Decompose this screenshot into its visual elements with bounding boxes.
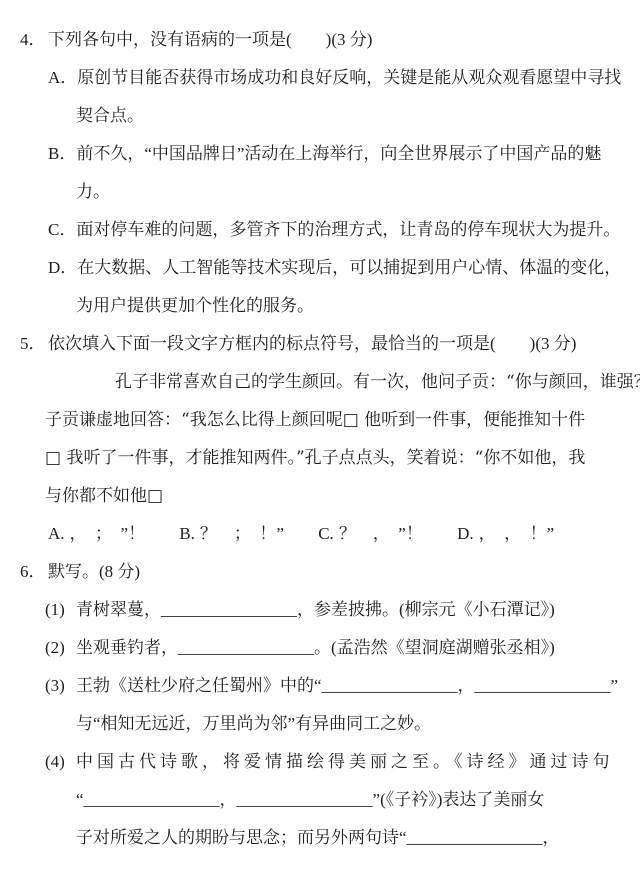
question-4-header: 4．下列各句中，没有语病的一项是( )(3 分) [0, 21, 640, 59]
q4-option-c-text: 面对停车难的问题，多管齐下的治理方式，让青岛的停车现状大为提升。 [76, 220, 620, 239]
q4-option-d-line-1: D．在大数据、人工智能等技术实现后，可以捕捉到用户心情、体温的变化， [0, 249, 640, 287]
q5-passage-line-3: □ 我听了一件事，才能推知两件。”孔子点点头，笑着说：“你不如他，我 [0, 439, 640, 477]
question-5-number: 5． [20, 325, 48, 363]
question-5-prompt: 依次填入下面一段文字方框内的标点符号，最恰当的一项是( )(3 分) [48, 334, 576, 353]
q4-option-b-line-2: 力。 [0, 173, 640, 211]
q4-option-d-label: D． [48, 249, 77, 287]
question-6-number: 6． [20, 553, 48, 591]
q5-passage-line-2: 子贡谦虚地回答：“我怎么比得上颜回呢□ 他听到一件事，便能推知十件 [0, 401, 640, 439]
q4-option-a-label: A． [48, 59, 77, 97]
q5-option-b-label: B. [179, 524, 195, 543]
question-6: 6．默写。(8 分) (1)青树翠蔓，________________，参差披拂… [0, 553, 640, 857]
q5-passage-text: 与你都不如他□ [45, 486, 163, 506]
q4-option-d-text: 在大数据、人工智能等技术实现后，可以捕捉到用户心情、体温的变化， [77, 258, 621, 277]
q6-item-4-text: 中国古代诗歌，将爱情描绘得美丽之至。《诗经》通过诗句 [76, 752, 614, 771]
q5-option-d-label: D. [457, 524, 474, 543]
q6-item-4-line-1: (4)中国古代诗歌，将爱情描绘得美丽之至。《诗经》通过诗句 [0, 743, 640, 781]
q6-item-3-text-cont: 与“相知无远近，万里尚为邻”有异曲同工之妙。 [76, 714, 431, 733]
q6-item-3-line-1: (3)王勃《送杜少府之任蜀州》中的“________________，_____… [0, 667, 640, 705]
q4-option-b-label: B． [48, 135, 76, 173]
q4-option-a-text-cont: 契合点。 [76, 106, 144, 125]
q6-item-3-text: 王勃《送杜少府之任蜀州》中的“________________，________… [76, 676, 618, 695]
q6-item-2: (2)坐观垂钓者，________________。(孟浩然《望洞庭湖赠张丞相》… [0, 629, 640, 667]
question-5-header: 5．依次填入下面一段文字方框内的标点符号，最恰当的一项是( )(3 分) [0, 325, 640, 363]
q5-passage-text: □ 我听了一件事，才能推知两件。”孔子点点头，笑着说：“你不如他，我 [45, 448, 585, 468]
question-6-prompt: 默写。(8 分) [48, 562, 140, 581]
q4-option-a-line-1: A．原创节目能否获得市场成功和良好反响，关键是能从观众观看愿望中寻找 [0, 59, 640, 97]
question-5-options-row: A.， ； ”！ B.？ ； ！” C.？ ， ”！ D.， ， ！” [0, 515, 640, 553]
q4-option-d-line-2: 为用户提供更加个性化的服务。 [0, 287, 640, 325]
q4-option-a-line-2: 契合点。 [0, 97, 640, 135]
q4-option-d-text-cont: 为用户提供更加个性化的服务。 [76, 296, 314, 315]
q4-option-b-line-1: B．前不久，“中国品牌日”活动在上海举行，向全世界展示了中国产品的魅 [0, 135, 640, 173]
exam-paper-page: 4．下列各句中，没有语病的一项是( )(3 分) A．原创节目能否获得市场成功和… [0, 0, 640, 892]
q5-option-b: B.？ ； ！” [179, 515, 284, 553]
question-6-header: 6．默写。(8 分) [0, 553, 640, 591]
q6-item-4-text-cont: “________________，________________”(《子衿》… [76, 790, 544, 809]
q5-option-d: D.， ， ！” [457, 515, 554, 553]
q5-option-a: A.， ； ”！ [48, 515, 145, 553]
q5-option-a-text: ， ； ”！ [70, 524, 146, 543]
question-5: 5．依次填入下面一段文字方框内的标点符号，最恰当的一项是( )(3 分) 孔子非… [0, 325, 640, 553]
q5-passage-text: 子贡谦虚地回答：“我怎么比得上颜回呢□ 他听到一件事，便能推知十件 [45, 410, 585, 430]
q6-item-2-text: 坐观垂钓者，________________。(孟浩然《望洞庭湖赠张丞相》) [76, 638, 555, 657]
q6-item-4-text-cont: 子对所爱之人的期盼与思念；而另外两句诗“________________， [76, 828, 560, 847]
q4-option-a-text: 原创节目能否获得市场成功和良好反响，关键是能从观众观看愿望中寻找 [77, 68, 621, 87]
q5-passage-line-1: 孔子非常喜欢自己的学生颜回。有一次，他问子贡：“你与颜回，谁强？” [0, 363, 640, 401]
q6-item-1-label: (1) [45, 591, 76, 629]
q4-option-b-text: 前不久，“中国品牌日”活动在上海举行，向全世界展示了中国产品的魅 [76, 144, 601, 163]
q4-option-b-text-cont: 力。 [76, 182, 110, 201]
q4-option-c-label: C． [48, 211, 76, 249]
q5-option-d-text: ， ， ！” [479, 524, 555, 543]
q6-item-1-text: 青树翠蔓，________________，参差披拂。(柳宗元《小石潭记》) [76, 600, 555, 619]
q6-item-2-label: (2) [45, 629, 76, 667]
q5-option-b-text: ？ ； ！” [200, 524, 284, 543]
q6-item-3-label: (3) [45, 667, 76, 705]
q6-item-3-line-2: 与“相知无远近，万里尚为邻”有异曲同工之妙。 [0, 705, 640, 743]
q6-item-4-line-3: 子对所爱之人的期盼与思念；而另外两句诗“________________， [0, 819, 640, 857]
question-4-prompt: 下列各句中，没有语病的一项是( )(3 分) [48, 30, 372, 49]
q6-item-1: (1)青树翠蔓，________________，参差披拂。(柳宗元《小石潭记》… [0, 591, 640, 629]
question-4-number: 4． [20, 21, 48, 59]
q6-item-4-label: (4) [45, 743, 76, 781]
q5-option-c-text: ？ ， ”！ [339, 524, 423, 543]
question-4: 4．下列各句中，没有语病的一项是( )(3 分) A．原创节目能否获得市场成功和… [0, 21, 640, 325]
q5-passage-text: 孔子非常喜欢自己的学生颜回。有一次，他问子贡：“你与颜回，谁强？” [115, 372, 640, 392]
q5-passage-line-4: 与你都不如他□ [0, 477, 640, 515]
q4-option-c-line: C．面对停车难的问题，多管齐下的治理方式，让青岛的停车现状大为提升。 [0, 211, 640, 249]
q5-option-a-label: A. [48, 524, 65, 543]
q5-option-c-label: C. [318, 524, 334, 543]
q6-item-4-line-2: “________________，________________”(《子衿》… [0, 781, 640, 819]
q5-option-c: C.？ ， ”！ [318, 515, 423, 553]
